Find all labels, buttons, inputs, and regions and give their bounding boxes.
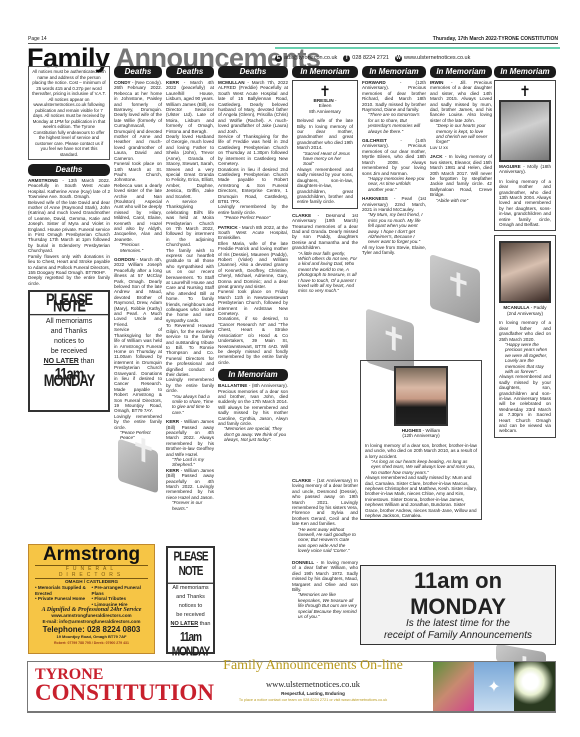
- notice-mcanulla: MCANULLA - Paddy(2nd Anniversary) In lov…: [494, 235, 556, 437]
- notice-forward: FORWARD - (12th Anniversary). Precious m…: [362, 80, 426, 134]
- section-memoriam-heading: In Memoriam: [494, 66, 556, 78]
- notice-hughes: HUGHES - William(12th Anniversary) In lo…: [360, 360, 482, 520]
- notice-irwin: IRWIN - Jill. Precious memories of a dea…: [430, 80, 492, 150]
- notice-kerr-2: KERR - William James (Bill) Passed away …: [166, 419, 214, 468]
- family-photo: [433, 662, 474, 711]
- column-4: Deaths MCMULLAN - March 7th, 2022 ALFRED…: [218, 66, 288, 443]
- column-6: In Memoriam FORWARD - (12th Anniversary)…: [362, 66, 426, 256]
- mcanulla-photo: [499, 241, 551, 303]
- section-memoriam-heading: In Memoriam: [218, 369, 288, 381]
- section-deaths-heading: Deaths: [218, 66, 288, 78]
- notice-jack: JACK - In loving memory of two sisters, …: [430, 154, 492, 203]
- section-deaths-heading: Deaths: [28, 164, 110, 176]
- contact-bar: Eads@tyronecon.co.uk T028 8224 2721 Wwww…: [275, 47, 560, 61]
- footer-banner[interactable]: TYRONE CONSTITUTION Family Announcements…: [27, 661, 556, 713]
- notice-armstrong: ARMSTRONG - 13th March 2022. Peacefully …: [28, 178, 110, 286]
- notice-gordon: GORDON - March 4th, 2022 William Joseph …: [114, 257, 162, 441]
- notice-ballantine: BALLANTINE - (8th Anniversary). Precious…: [218, 383, 288, 442]
- page-number: Page 14: [28, 36, 47, 42]
- notice-maguire: ✝ MAGUIRE - Molly (18th Anniversary). In…: [494, 80, 556, 231]
- notice-harkness: HARKNESS - Pearl (1st Anniversary) 22nd …: [362, 196, 426, 255]
- tyrone-constitution-logo: TYRONE CONSTITUTION: [35, 668, 214, 704]
- notice-patrick: PATRICK - March 8th 2022, at the South W…: [218, 225, 288, 366]
- email-contact[interactable]: Eads@tyronecon.co.uk: [275, 55, 337, 62]
- notice-donnell: DONNELL - In loving memory of a dear fat…: [292, 560, 358, 619]
- column-5: In Memoriam ✝ BRESLIN -Eileen8th Anniver…: [292, 66, 358, 294]
- armstrong-funeral-ad[interactable]: Armstrong FUNERAL DIRECTORS OMAGH / CAST…: [28, 544, 155, 654]
- notice-kerr-1: KERR - March 4th 2022 (peacefully) at La…: [166, 80, 214, 415]
- footer-tagline: Respectful, Lasting, Enduring: [198, 691, 428, 696]
- notice-condy: CONDY - (Nee Condy). 26th February 2022.…: [114, 80, 162, 253]
- section-memoriam-heading: In Memoriam: [292, 66, 358, 78]
- cross-icon: ✝: [297, 84, 353, 98]
- dateline: Thursday, 17th March 2022-TYRONE CONSTIT…: [433, 36, 558, 42]
- notice-terms: All notices must be authenticated with n…: [28, 66, 110, 160]
- cross-icon: ✝: [499, 84, 551, 98]
- web-icon: W: [395, 55, 402, 62]
- column-8: In Memoriam ✝ MAGUIRE - Molly (18th Anni…: [494, 66, 556, 438]
- column-5-bottom: DONNELL - In loving memory of a dear fat…: [292, 560, 358, 619]
- bible-illustration: [430, 254, 480, 324]
- footer-cta: To place a notice contact our team on 02…: [198, 698, 428, 702]
- section-memoriam-heading: In Memoriam: [362, 66, 426, 78]
- notice-kerr-3: KERR - William James (Bill) Passed away …: [166, 468, 214, 511]
- section-deaths-heading: Deaths: [166, 66, 214, 78]
- web-contact[interactable]: Wwww.ulsternetnotices.co.uk: [395, 55, 470, 62]
- lily-photo: [514, 662, 555, 711]
- footer-url[interactable]: www.ulsternetnotices.co.uk: [198, 679, 428, 689]
- phone-contact[interactable]: T028 8224 2721: [343, 55, 389, 62]
- column-7: In Memoriam IRWIN - Jill. Precious memor…: [430, 66, 492, 203]
- notice-breslin: ✝ BRESLIN -Eileen8th Anniversary Beloved…: [292, 80, 358, 209]
- maguire-photo: [499, 100, 551, 162]
- notice-clarke-1: CLARKE - Desmond 1st Anniversary (19th M…: [292, 213, 358, 294]
- email-icon: E: [275, 55, 282, 62]
- column-3: Deaths KERR - March 4th 2022 (peacefully…: [166, 66, 214, 511]
- notice-gilchrist: GILCHRIST - (14th Anniversary). Precious…: [362, 138, 426, 192]
- notice-mcmullan: MCMULLAN - March 7th, 2022 ALFRED (Fredd…: [218, 80, 288, 221]
- bible-illustration: [118, 438, 158, 493]
- section-deaths-heading: Deaths: [114, 66, 162, 78]
- deadline-box: 11am on MONDAY Is the latest time for th…: [360, 565, 556, 645]
- footer-heading: Family Announcements On-line: [198, 659, 428, 673]
- dove-icon: ✦: [474, 662, 515, 711]
- hughes-photo: [394, 366, 448, 426]
- notice-clarke-2: CLARKE - (1st Anniversary) In loving mem…: [292, 478, 358, 554]
- please-note-box-2: PLEASE NOTE All memoriams and Thanks not…: [166, 546, 215, 654]
- footer-images: ✦: [433, 662, 555, 711]
- please-note-box: PLEASE NOTE All memoriams and Thanks not…: [28, 290, 110, 412]
- column-2: Deaths CONDY - (Nee Condy). 26th Februar…: [114, 66, 162, 487]
- column-5-lower: CLARKE - (1st Anniversary) In loving mem…: [292, 478, 358, 554]
- column-1: All notices must be authenticated with n…: [28, 66, 110, 412]
- section-memoriam-heading: In Memoriam: [430, 66, 492, 78]
- phone-icon: T: [343, 55, 350, 62]
